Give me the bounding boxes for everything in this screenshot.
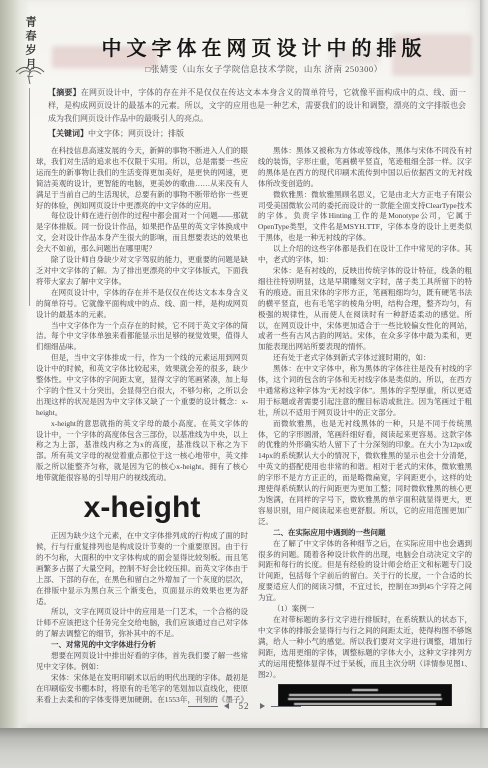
margin-divider-line — [29, 88, 30, 306]
paragraph: 每位设计师在进行创作的过程中都会面对一个问题——那就是字体排版。同一份设计作品，… — [36, 211, 248, 255]
footer-rule-left — [188, 706, 218, 707]
abstract-block: 【摘要】在网页设计中，字体的存在并不是仅仅在传达文本本身含义的简单符号，它就像平… — [48, 86, 466, 142]
abstract-text: 在网页设计中，字体的存在并不是仅仅在传达文本本身含义的简单符号，它就像平面构成中… — [48, 88, 466, 123]
body-column-right: 黑体：黑体又被称为方体或等线体，黑体与宋体不同没有衬线的装饰，字形庄重，笔画横平… — [258, 146, 472, 706]
paragraph: 在网页设计中，字体的存在并不是仅仅在传达文本本身含义的简单符号。它就像平面构成中… — [36, 288, 248, 321]
article-title: 中文字体在网页设计中的排版 — [60, 32, 468, 61]
paragraph: 还有处于老式字体到新式字体过渡时期的，如： — [258, 353, 472, 364]
paragraph: 在科技信息高速发展的今天，新鲜的事物不断进入人们的眼球，我们对生活的追求也不仅限… — [36, 146, 248, 211]
page-right-edge — [480, 0, 488, 728]
paragraph: 所以，文字在网页设计中的应用是一门艺术，一个合格的设计师不应该把这个任务完全交给… — [36, 607, 248, 640]
paragraph: 而微软雅黑，也是无衬线黑体的一种，只是不同于传统黑体，它的字形圆滑，笔画纤细好看… — [258, 419, 472, 528]
paragraph: 以上介绍的这些字体都是我们在设计工作中常见的字体。其中，老式的字体，如： — [258, 244, 472, 266]
author-line: □张婧雯（山东女子学院信息技术学院，山东 济南 250300） — [60, 63, 468, 75]
footer-rule-right — [271, 706, 301, 707]
keywords-text: 中文字体；网页设计；排版 — [88, 129, 184, 138]
paragraph: 黑体：在中文字体中，称为黑体的字体往往是没有衬线的字体，这个词的包含的字体和无衬… — [258, 364, 472, 419]
figure-xheight: x-height — [36, 491, 248, 525]
page-footer: 52 — [0, 701, 488, 711]
left-arrowhead-icon — [224, 703, 229, 709]
paragraph: 除了设计师自身缺少对文字驾驭的能力，更重要的问题是缺乏对中文字体的了解。为了排出… — [36, 255, 248, 288]
page-bottom-edge — [0, 728, 488, 768]
right-arrowhead-icon — [260, 703, 265, 709]
paragraph: x-height的意思就指的英文字母的最小高度。在英文字体的设计中，一个字体的高… — [36, 419, 248, 484]
keywords-label: 【关键词】 — [48, 129, 88, 138]
page-spine-edge — [0, 0, 30, 728]
section-heading-1: 一、对常见的中文字体进行分析 — [36, 640, 248, 651]
paragraph: 在了解了中文字体的各种细节之后，在实际应用中也会遇到很多的问题。随着各种设计软件… — [258, 539, 472, 604]
section-heading-2: 二、在实际应用中遇到的一些问题 — [258, 528, 472, 539]
paragraph: 在对带标题的多行文字进行排版时，在系统默认的状态下，中文字体的排版会显得行与行之… — [258, 615, 472, 680]
paragraph: 当中文字体作为一个点存在的时候，它不同于英文字体的简洁。每个中文字体单独来看都能… — [36, 321, 248, 354]
figure-1-text-line — [352, 689, 377, 691]
abstract-label: 【摘要】 — [48, 88, 81, 97]
body-column-left: 在科技信息高速发展的今天，新鲜的事物不断进入人们的眼球，我们对生活的追求也不仅限… — [36, 146, 248, 706]
abstract-paragraph: 【摘要】在网页设计中，字体的存在并不是仅仅在传达文本本身含义的简单符号，它就像平… — [48, 86, 466, 125]
flourish-ornament-icon — [14, 62, 46, 86]
paragraph: 但是，当中文字体排成一行，作为一个线的元素运用到网页设计中的时候，和英文字体比较… — [36, 353, 248, 418]
paragraph: 宋体：是有衬线的，反映出传统字体的设计特征，线条的粗细往往特别明显，这是早期雕刻… — [258, 266, 472, 353]
keywords-paragraph: 【关键词】中文字体；网页设计；排版 — [48, 127, 466, 140]
paragraph: 正因为缺少这个元素，在中文字体排列成的行构成了面的时候，行与行重复排列也是构成设… — [36, 531, 248, 607]
paragraph: 微软雅黑：微软雅黑顾名思义，它是由北大方正电子有限公司受美国微软公司的委托而设计… — [258, 190, 472, 245]
figure-1-text-line — [289, 694, 441, 696]
scanned-page: 青春岁月 中文字体在网页设计中的排版 □张婧雯（山东女子学院信息技术学院，山东 … — [0, 0, 488, 768]
page-number: 52 — [235, 701, 254, 711]
paragraph: 想要在网页设计中排出好看的字体，首先我们要了解一些常见中文字体。例如： — [36, 651, 248, 673]
paragraph: 黑体：黑体又被称为方体或等线体，黑体与宋体不同没有衬线的装饰，字形庄重，笔画横平… — [258, 146, 472, 190]
paragraph: （1）案例一 — [258, 604, 472, 615]
figure-xheight-text: x-height — [84, 491, 201, 524]
